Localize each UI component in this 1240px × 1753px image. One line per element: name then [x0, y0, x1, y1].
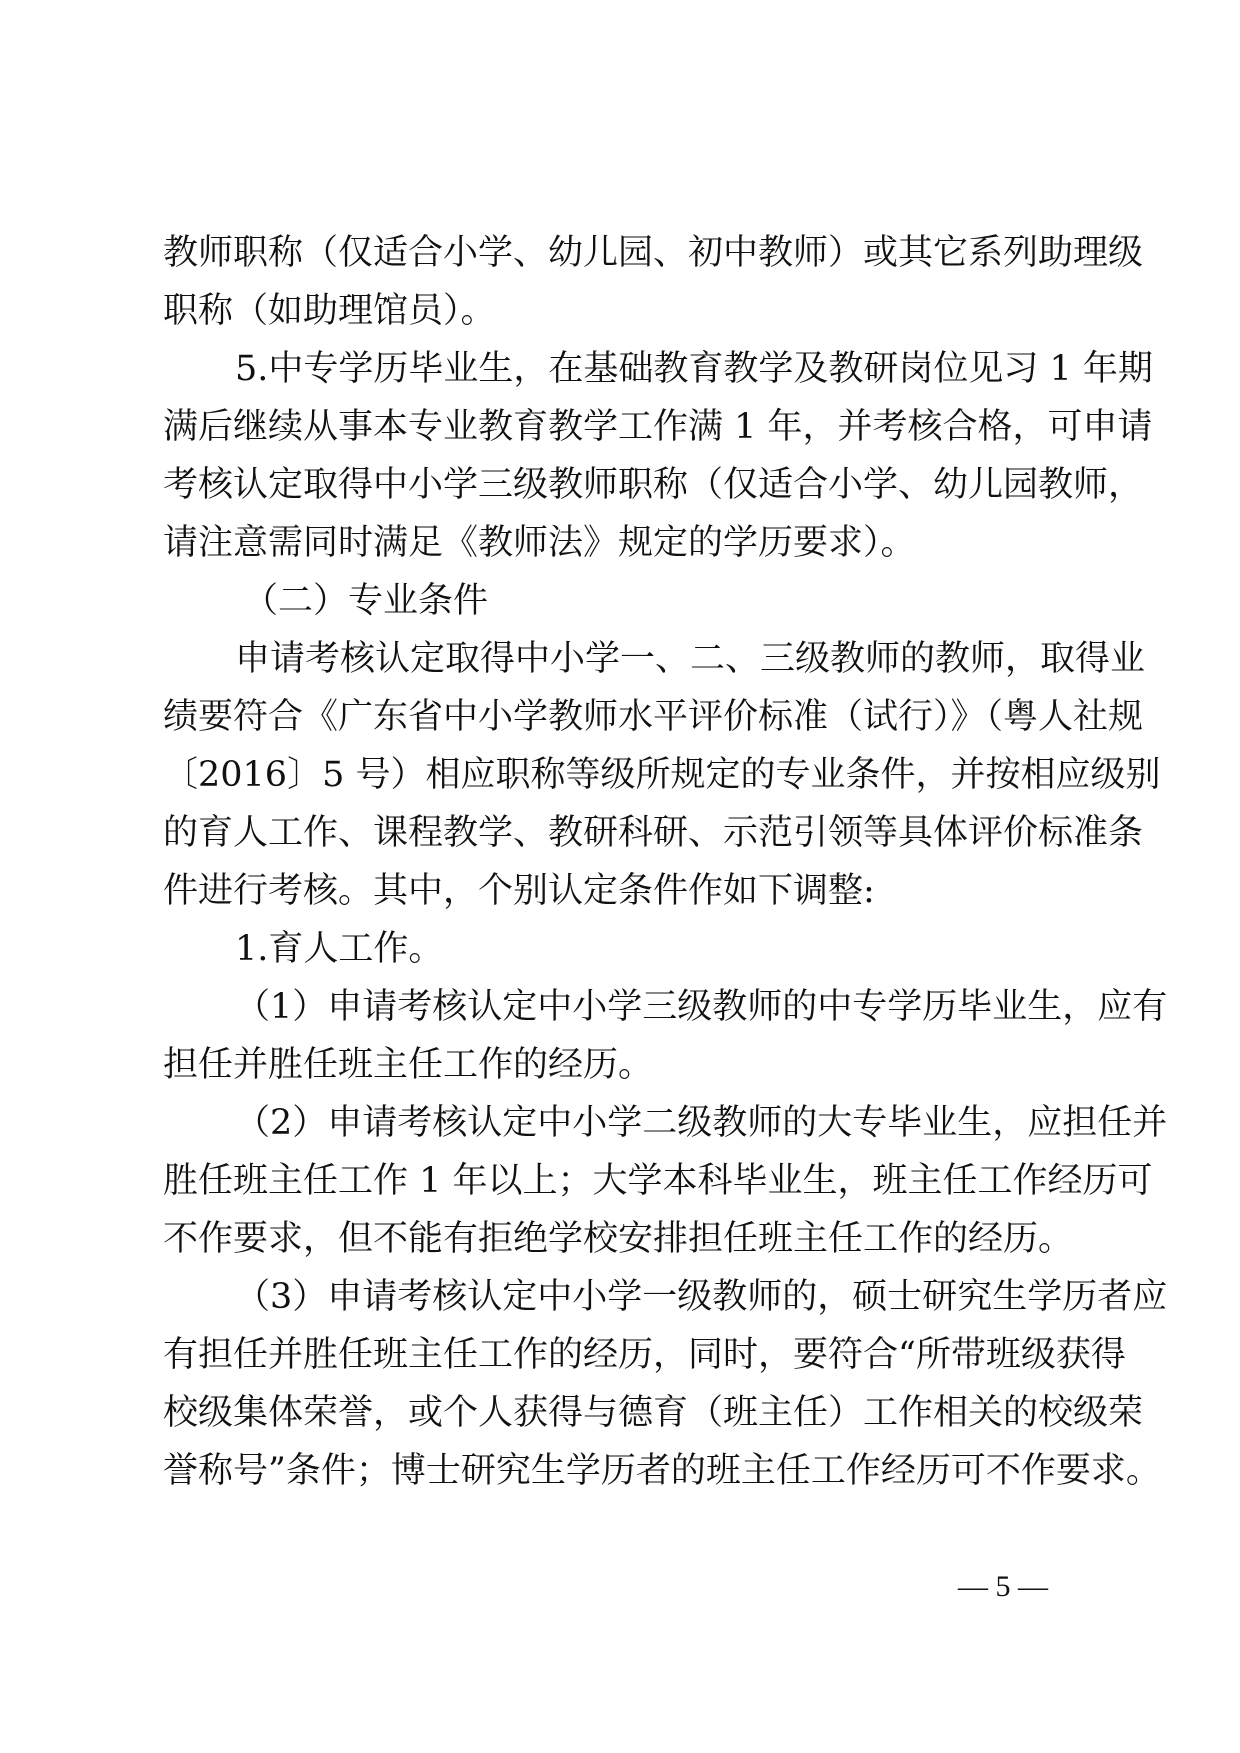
paragraph-line: 教师职称（仅适合小学、幼儿园、初中教师）或其它系列助理级 — [163, 224, 1071, 282]
paragraph-line: 考核认定取得中小学三级教师职称（仅适合小学、幼儿园教师， — [163, 456, 1071, 514]
paragraph-line: 誉称号”条件；博士研究生学历者的班主任工作经历可不作要求。 — [163, 1442, 1071, 1500]
paragraph-line: 〔2016〕5 号）相应职称等级所规定的专业条件，并按相应级别 — [163, 746, 1071, 804]
paragraph-line: 绩要符合《广东省中小学教师水平评价标准（试行）》（粤人社规 — [163, 688, 1071, 746]
paragraph-line: 的育人工作、课程教学、教研科研、示范引领等具体评价标准条 — [163, 804, 1071, 862]
document-body: 教师职称（仅适合小学、幼儿园、初中教师）或其它系列助理级 职称（如助理馆员）。 … — [163, 224, 1071, 1500]
paragraph-line: 申请考核认定取得中小学一、二、三级教师的教师，取得业 — [163, 630, 1071, 688]
paragraph-line: 件进行考核。其中，个别认定条件作如下调整: — [163, 862, 1071, 920]
paragraph-line: 校级集体荣誉，或个人获得与德育（班主任）工作相关的校级荣 — [163, 1384, 1071, 1442]
paragraph-line: 有担任并胜任班主任工作的经历，同时，要符合“所带班级获得 — [163, 1326, 1071, 1384]
paragraph-line: 担任并胜任班主任工作的经历。 — [163, 1036, 1071, 1094]
paragraph-line: 请注意需同时满足《教师法》规定的学历要求）。 — [163, 514, 1071, 572]
paragraph-line: 不作要求，但不能有拒绝学校安排担任班主任工作的经历。 — [163, 1210, 1071, 1268]
list-item-5: 5.中专学历毕业生，在基础教育教学及教研岗位见习 1 年期 — [163, 340, 1071, 398]
list-item-1: （1）申请考核认定中小学三级教师的中专学历毕业生，应有 — [163, 978, 1071, 1036]
section-heading: （二）专业条件 — [163, 572, 1071, 630]
page-number: — 5 — — [958, 1570, 1048, 1604]
paragraph-line: 胜任班主任工作 1 年以上；大学本科毕业生，班主任工作经历可 — [163, 1152, 1071, 1210]
subsection-heading: 1.育人工作。 — [163, 920, 1071, 978]
list-item-3: （3）申请考核认定中小学一级教师的，硕士研究生学历者应 — [163, 1268, 1071, 1326]
paragraph-line: 职称（如助理馆员）。 — [163, 282, 1071, 340]
list-item-2: （2）申请考核认定中小学二级教师的大专毕业生，应担任并 — [163, 1094, 1071, 1152]
paragraph-line: 满后继续从事本专业教育教学工作满 1 年，并考核合格，可申请 — [163, 398, 1071, 456]
